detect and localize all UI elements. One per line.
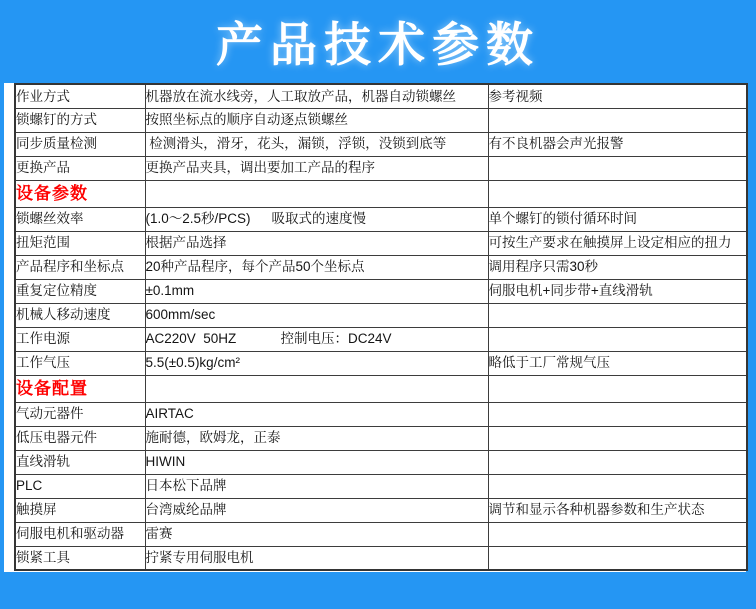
table-row: 伺服电机和驱动器雷赛	[15, 522, 747, 546]
cell-value	[145, 375, 488, 402]
cell-note	[488, 180, 747, 207]
spec-table: 作业方式机器放在流水线旁，人工取放产品，机器自动锁螺丝参考视频锁螺钉的方式按照坐…	[14, 83, 748, 571]
cell-note	[488, 402, 747, 426]
cell-note: 略低于工厂常规气压	[488, 351, 747, 375]
table-row: 重复定位精度±0.1mm伺服电机+同步带+直线滑轨	[15, 279, 747, 303]
spec-table-body: 作业方式机器放在流水线旁，人工取放产品，机器自动锁螺丝参考视频锁螺钉的方式按照坐…	[15, 84, 747, 570]
cell-note: 伺服电机+同步带+直线滑轨	[488, 279, 747, 303]
cell-label: 重复定位精度	[15, 279, 145, 303]
cell-note: 调节和显示各种机器参数和生产状态	[488, 498, 747, 522]
cell-label: 直线滑轨	[15, 450, 145, 474]
table-row: 扭矩范围根据产品选择可按生产要求在触摸屏上设定相应的扭力	[15, 231, 747, 255]
cell-label: 锁螺丝效率	[15, 207, 145, 231]
page: { "banner": { "title": "产品技术参数" }, "them…	[0, 0, 756, 609]
cell-note	[488, 522, 747, 546]
cell-note	[488, 327, 747, 351]
cell-label: 机械人移动速度	[15, 303, 145, 327]
cell-label: 低压电器元件	[15, 426, 145, 450]
cell-value: AC220V 50HZ 控制电压：DC24V	[145, 327, 488, 351]
page-title-banner: 产品技术参数	[0, 0, 756, 83]
cell-label: 锁紧工具	[15, 546, 145, 570]
cell-label: PLC	[15, 474, 145, 498]
table-row: 直线滑轨HIWIN	[15, 450, 747, 474]
cell-label: 产品程序和坐标点	[15, 255, 145, 279]
cell-label: 工作电源	[15, 327, 145, 351]
table-row: 气动元器件AIRTAC	[15, 402, 747, 426]
cell-value: 检测滑头，滑牙，花头，漏锁，浮锁，没锁到底等	[145, 132, 488, 156]
cell-label: 触摸屏	[15, 498, 145, 522]
content-panel: 作业方式机器放在流水线旁，人工取放产品，机器自动锁螺丝参考视频锁螺钉的方式按照坐…	[4, 83, 746, 572]
cell-note	[488, 108, 747, 132]
cell-label: 作业方式	[15, 84, 145, 108]
section-header-row: 设备配置	[15, 375, 747, 402]
cell-label: 更换产品	[15, 156, 145, 180]
cell-value: 雷赛	[145, 522, 488, 546]
cell-value: 根据产品选择	[145, 231, 488, 255]
cell-label: 锁螺钉的方式	[15, 108, 145, 132]
cell-value: (1.0～2.5秒/PCS) 吸取式的速度慢	[145, 207, 488, 231]
cell-value	[145, 180, 488, 207]
cell-value: 台湾威纶品牌	[145, 498, 488, 522]
cell-label: 伺服电机和驱动器	[15, 522, 145, 546]
cell-value: 拧紧专用伺服电机	[145, 546, 488, 570]
table-row: 机械人移动速度600mm/sec	[15, 303, 747, 327]
page-title: 产品技术参数	[216, 8, 540, 75]
table-row: 作业方式机器放在流水线旁，人工取放产品，机器自动锁螺丝参考视频	[15, 84, 747, 108]
cell-label: 工作气压	[15, 351, 145, 375]
cell-note	[488, 156, 747, 180]
cell-value: HIWIN	[145, 450, 488, 474]
cell-value: ±0.1mm	[145, 279, 488, 303]
cell-label: 同步质量检测	[15, 132, 145, 156]
cell-note	[488, 426, 747, 450]
cell-note	[488, 303, 747, 327]
cell-value: 600mm/sec	[145, 303, 488, 327]
cell-note: 可按生产要求在触摸屏上设定相应的扭力	[488, 231, 747, 255]
cell-value: 日本松下品牌	[145, 474, 488, 498]
cell-label: 设备参数	[15, 180, 145, 207]
cell-note	[488, 474, 747, 498]
cell-note: 单个螺钉的锁付循环时间	[488, 207, 747, 231]
cell-label: 设备配置	[15, 375, 145, 402]
table-row: 锁螺钉的方式按照坐标点的顺序自动逐点锁螺丝	[15, 108, 747, 132]
table-row: 工作电源AC220V 50HZ 控制电压：DC24V	[15, 327, 747, 351]
cell-note	[488, 450, 747, 474]
cell-value: 施耐德，欧姆龙，正泰	[145, 426, 488, 450]
table-row: 锁紧工具拧紧专用伺服电机	[15, 546, 747, 570]
table-row: PLC日本松下品牌	[15, 474, 747, 498]
cell-note	[488, 546, 747, 570]
table-row: 产品程序和坐标点20种产品程序，每个产品50个坐标点调用程序只需30秒	[15, 255, 747, 279]
cell-value: 机器放在流水线旁，人工取放产品，机器自动锁螺丝	[145, 84, 488, 108]
cell-note: 有不良机器会声光报警	[488, 132, 747, 156]
cell-value: 更换产品夹具，调出要加工产品的程序	[145, 156, 488, 180]
cell-label: 扭矩范围	[15, 231, 145, 255]
table-row: 低压电器元件施耐德，欧姆龙，正泰	[15, 426, 747, 450]
cell-note: 调用程序只需30秒	[488, 255, 747, 279]
cell-note: 参考视频	[488, 84, 747, 108]
table-row: 触摸屏台湾威纶品牌调节和显示各种机器参数和生产状态	[15, 498, 747, 522]
cell-note	[488, 375, 747, 402]
cell-value: 按照坐标点的顺序自动逐点锁螺丝	[145, 108, 488, 132]
table-row: 锁螺丝效率(1.0～2.5秒/PCS) 吸取式的速度慢单个螺钉的锁付循环时间	[15, 207, 747, 231]
section-header-row: 设备参数	[15, 180, 747, 207]
table-row: 同步质量检测 检测滑头，滑牙，花头，漏锁，浮锁，没锁到底等有不良机器会声光报警	[15, 132, 747, 156]
table-row: 更换产品更换产品夹具，调出要加工产品的程序	[15, 156, 747, 180]
cell-label: 气动元器件	[15, 402, 145, 426]
table-row: 工作气压5.5(±0.5)kg/cm²略低于工厂常规气压	[15, 351, 747, 375]
cell-value: AIRTAC	[145, 402, 488, 426]
cell-value: 5.5(±0.5)kg/cm²	[145, 351, 488, 375]
cell-value: 20种产品程序，每个产品50个坐标点	[145, 255, 488, 279]
